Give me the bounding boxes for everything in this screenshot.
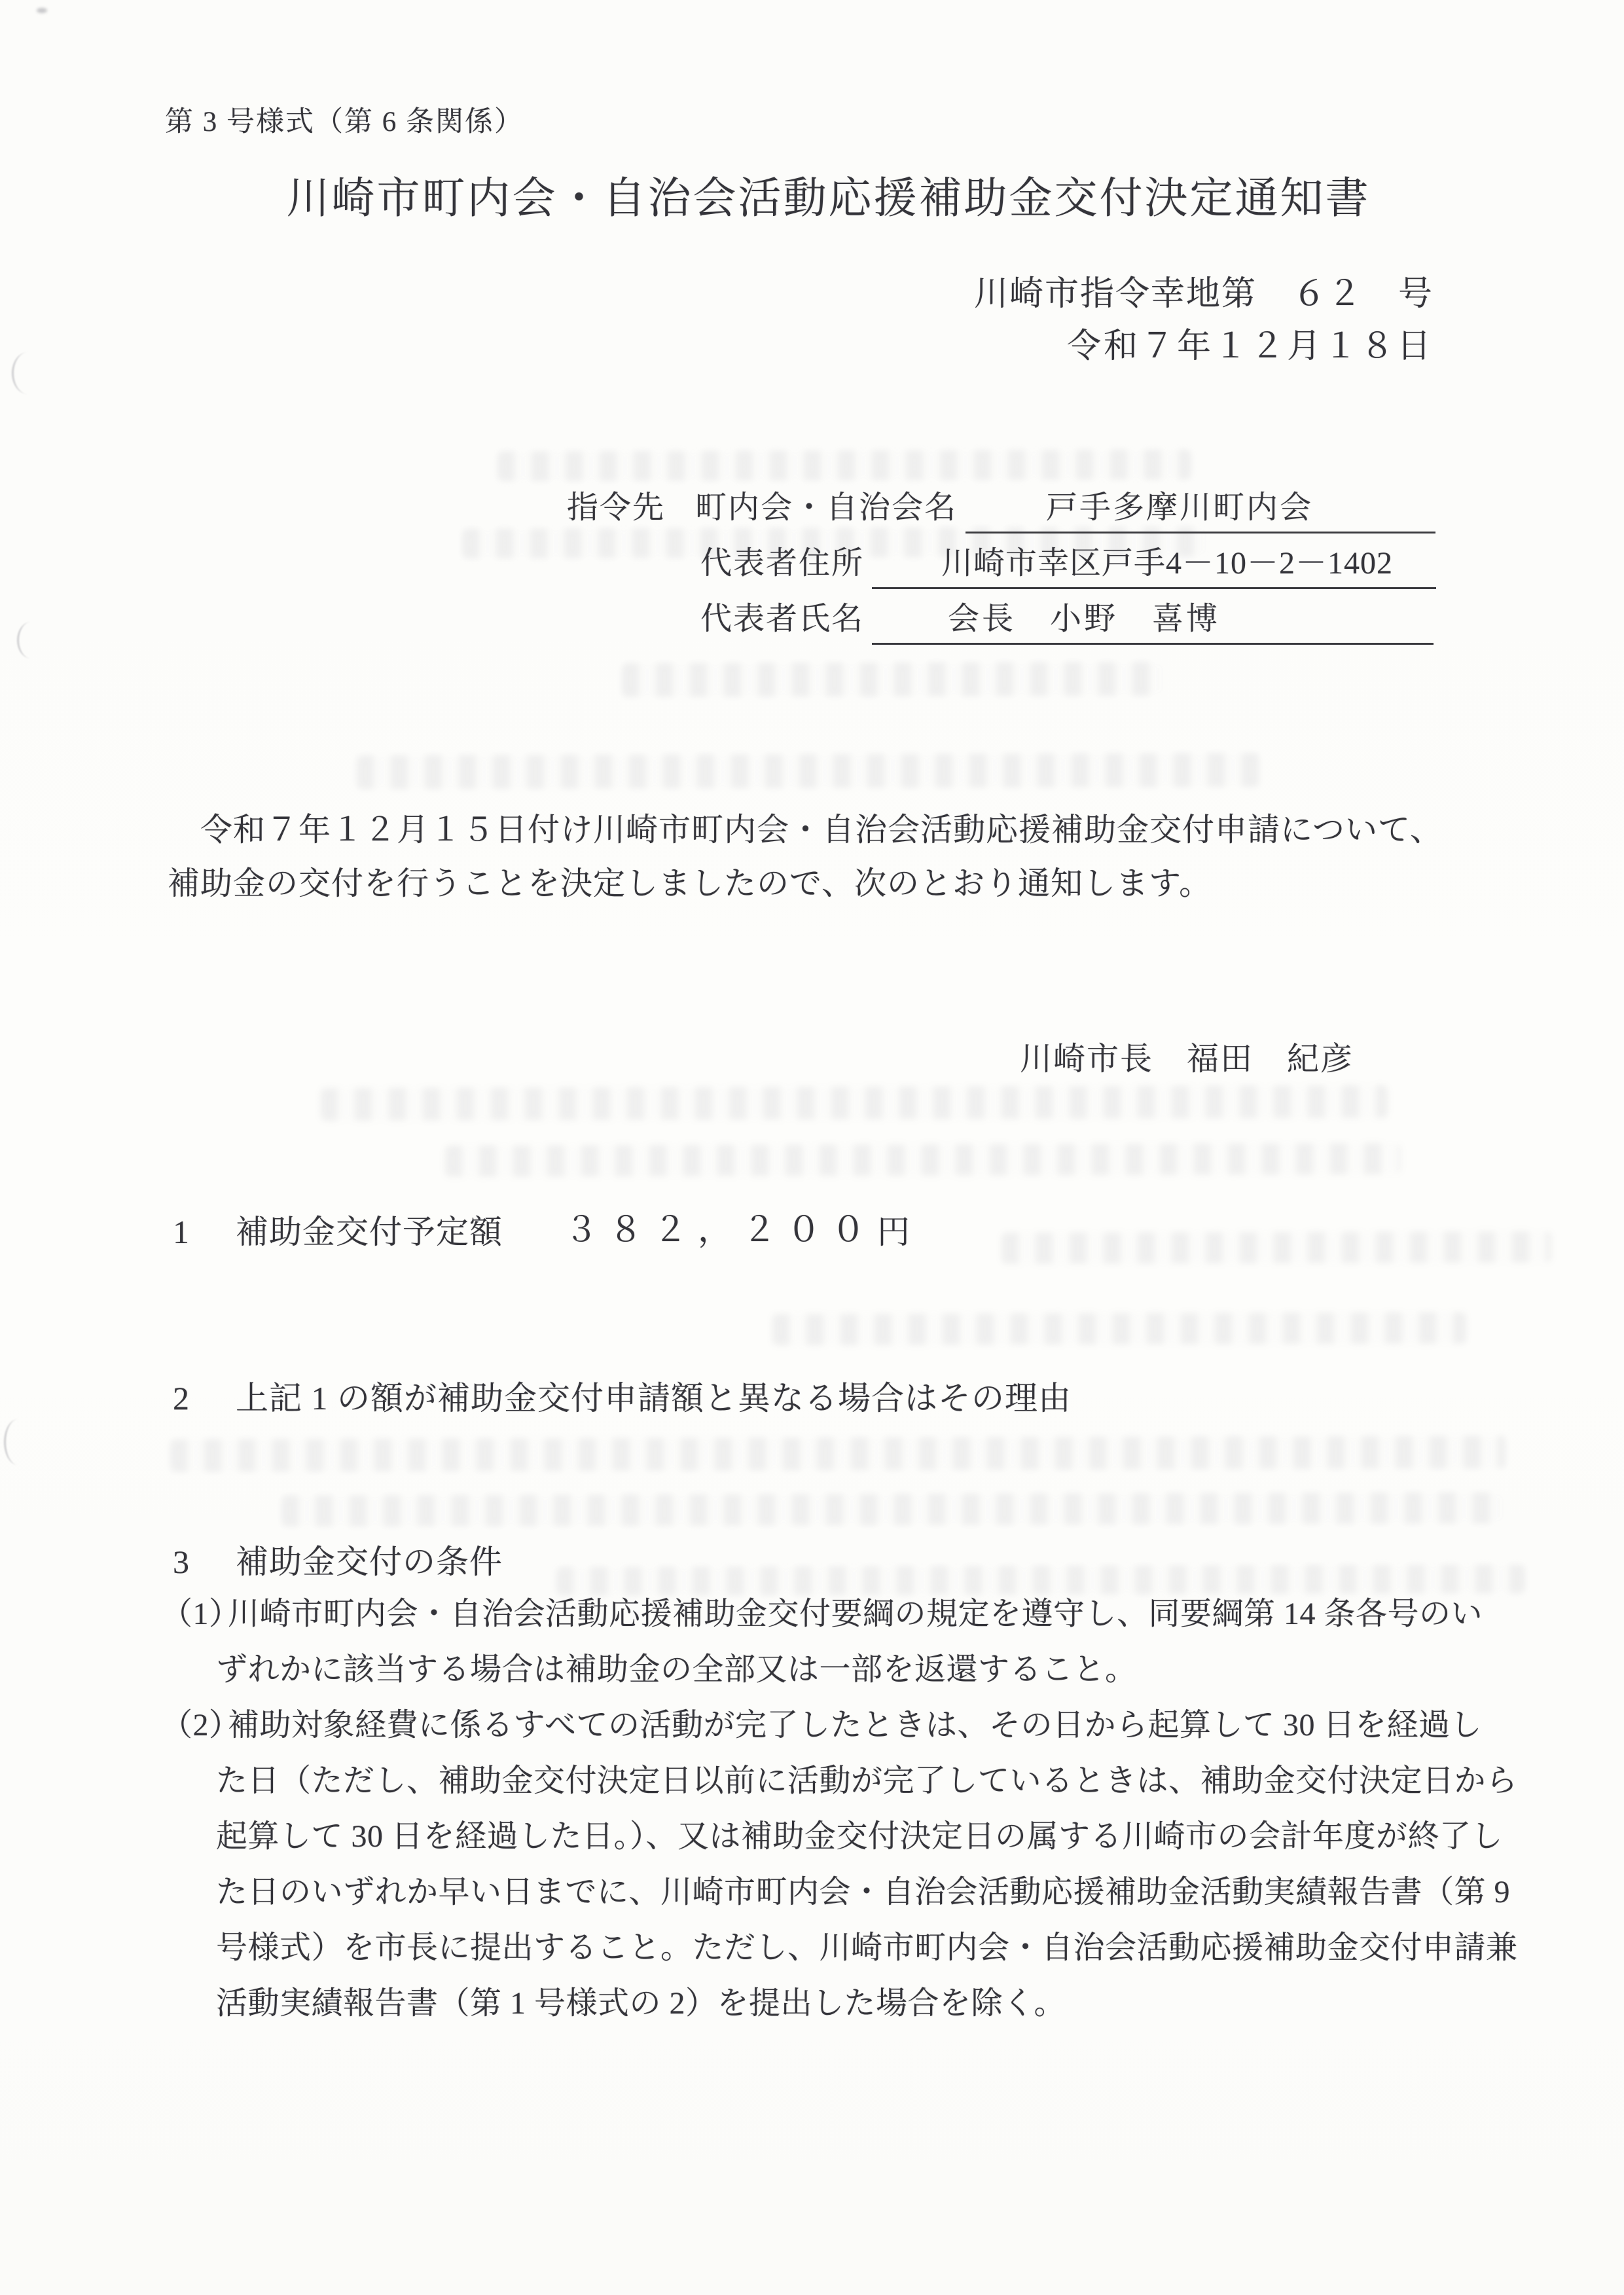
bleedthrough-smudge-11 — [556, 1564, 1525, 1596]
form-number-label: 第 3 号様式（第 6 条関係） — [165, 106, 524, 138]
org-name-label: 町内会・自治会名 — [695, 490, 957, 526]
condition-1-line-2: ずれかに該当する場合は補助金の全部又は一部を返還すること。 — [216, 1652, 1137, 1688]
item-2-number: 2 — [173, 1380, 189, 1418]
grant-amount-unit: 円 — [877, 1214, 911, 1252]
representative-address-label: 代表者住所 — [700, 545, 864, 581]
scan-arc-artifact-3 — [4, 1419, 32, 1465]
bleedthrough-smudge-4 — [357, 753, 1260, 789]
bleedthrough-smudge-10 — [281, 1492, 1506, 1527]
bleedthrough-smudge-8 — [772, 1312, 1466, 1346]
scan-arc-artifact-2 — [17, 622, 45, 659]
scan-arc-artifact-1 — [12, 352, 44, 394]
representative-address-value: 川崎市幸区戸手4－10－2－1402 — [941, 545, 1393, 581]
condition-2-line-3: 起算して 30 日を経過した日。）、又は補助金交付決定日の属する川崎市の会計年度… — [216, 1818, 1503, 1854]
scan-speck — [37, 8, 47, 13]
body-paragraph-line-1: 令和７年１２月１５日付け川崎市町内会・自治会活動応援補助金交付申請について、 — [168, 812, 1443, 848]
org-name-underline — [965, 532, 1435, 533]
representative-name-value: 会長 小野 喜博 — [948, 601, 1220, 637]
bleedthrough-smudge-7 — [1001, 1231, 1551, 1264]
bleedthrough-smudge-9 — [170, 1436, 1506, 1472]
scanned-document-page: 第 3 号様式（第 6 条関係） 川崎市町内会・自治会活動応援補助金交付決定通知… — [0, 0, 1624, 2295]
bleedthrough-smudge-6 — [445, 1143, 1401, 1177]
bleedthrough-smudge-3 — [622, 662, 1165, 697]
document-title: 川崎市町内会・自治会活動応援補助金交付決定通知書 — [16, 174, 1624, 224]
directive-to-label: 指令先 — [567, 490, 665, 526]
condition-2-line-4: た日のいずれか早い日までに、川崎市町内会・自治会活動応援補助金活動実績報告書（第… — [216, 1874, 1510, 1910]
condition-2-line-6: 活動実績報告書（第 1 号様式の 2）を提出した場合を除く。 — [216, 1985, 1066, 2021]
item-1-label: 補助金交付予定額 — [236, 1214, 503, 1252]
bleedthrough-smudge-5 — [321, 1085, 1388, 1121]
item-3-number: 3 — [173, 1544, 189, 1581]
item-3-text: 補助金交付の条件 — [236, 1544, 503, 1581]
bleedthrough-smudge-1 — [497, 450, 1191, 482]
mayor-signature: 川崎市長 福田 紀彦 — [1020, 1041, 1354, 1077]
item-1-number: 1 — [173, 1214, 189, 1252]
issue-date: 令和７年１２月１８日 — [1067, 327, 1434, 367]
issue-number: 川崎市指令幸地第 ６２ 号 — [974, 275, 1434, 314]
representative-name-underline — [872, 643, 1434, 645]
condition-2-line-5: 号様式）を市長に提出すること。ただし、川崎市町内会・自治会活動応援補助金交付申請… — [216, 1930, 1518, 1966]
item-2-text: 上記 1 の額が補助金交付申請額と異なる場合はその理由 — [236, 1380, 1072, 1418]
org-name-value: 戸手多摩川町内会 — [1046, 490, 1313, 526]
representative-address-underline — [872, 587, 1436, 589]
condition-2-line-2: た日（ただし、補助金交付決定日以前に活動が完了しているときは、補助金交付決定日か… — [216, 1763, 1518, 1799]
condition-1-line-1: 川崎市町内会・自治会活動応援補助金交付要綱の規定を遵守し、同要綱第 14 条各号… — [228, 1596, 1483, 1632]
condition-2-line-1: 補助対象経費に係るすべての活動が完了したときは、その日から起算して 30 日を経… — [228, 1707, 1482, 1743]
grant-amount-value: ３８２，２００ — [564, 1211, 876, 1250]
body-paragraph-line-2: 補助金の交付を行うことを決定しましたので、次のとおり通知します。 — [168, 865, 1212, 902]
representative-name-label: 代表者氏名 — [700, 601, 864, 637]
